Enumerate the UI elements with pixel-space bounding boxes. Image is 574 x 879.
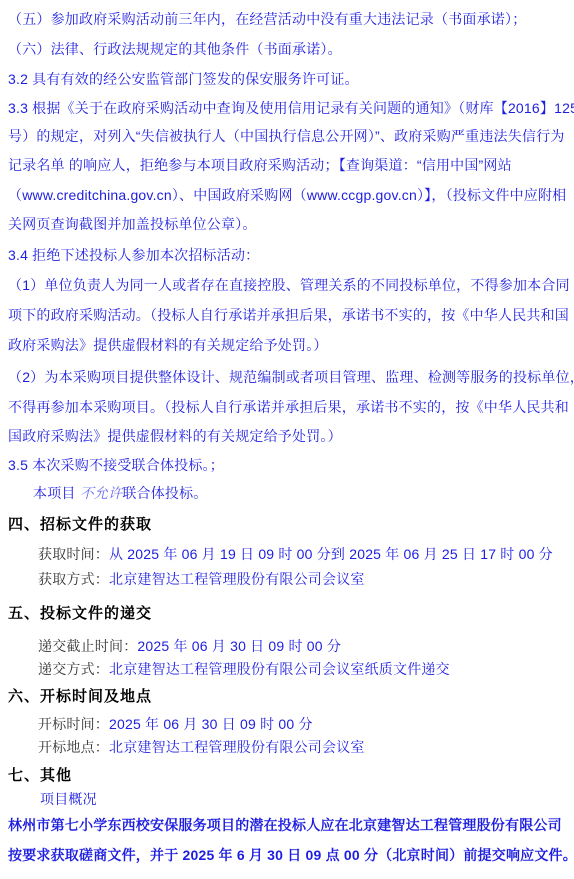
text-run: 3.2 具有有效的经公安监管部门签发的保安服务许可证。 (8, 71, 359, 87)
text-run: （六）法律、行政法规规定的其他条件（书面承诺）。 (8, 41, 342, 57)
text-run: 从 2025 年 06 月 19 日 09 时 00 分到 2025 年 06 … (109, 546, 553, 562)
submit-method-line: 递交方式：北京建智达工程管理股份有限公司会议室纸质文件递交 (38, 660, 450, 678)
text-run: （1）单位负责人为同一人或者存在直接控股、管理关系的不同投标单位，不得参加本合同 (8, 277, 570, 293)
clause-3-5-note: 本项目 不允许联合体投标。 (33, 484, 208, 502)
submit-deadline-line: 递交截止时间：2025 年 06 月 30 日 09 时 00 分 (38, 637, 341, 655)
obtain-method-line: 获取方式：北京建智达工程管理股份有限公司会议室 (38, 570, 365, 588)
text-run: 联合体投标。 (122, 485, 207, 501)
text-run: 项目概况 (40, 791, 97, 807)
clause-3-4-item-2-line-1: （2）为本采购项目提供整体设计、规范编制或者项目管理、监理、检测等服务的投标单位… (8, 368, 574, 386)
text-run: 政府采购法》提供虚假材料的有关规定给予处罚。） (8, 337, 328, 353)
text-run: 七、其他 (8, 767, 72, 784)
text-run: 北京建智达工程管理股份有限公司会议室纸质文件递交 (109, 661, 450, 677)
text-run: （五）参加政府采购活动前三年内，在经营活动中没有重大违法记录（书面承诺）； (8, 11, 526, 27)
text-run: 不得再参加本采购项目。（投标人自行承诺并承担后果，承诺书不实的，按《中华人民共和 (8, 399, 569, 415)
text-run: 五、投标文件的递交 (8, 605, 152, 622)
clause-3-3-line-3: 记录名单 的响应人，拒绝参与本项目政府采购活动；【查询渠道：“信用中国”网站 (8, 156, 512, 174)
text-run: 2025 年 06 月 30 日 09 时 00 分 (109, 716, 313, 732)
text-run: 北京建智达工程管理股份有限公司会议室 (109, 739, 365, 755)
field-label: 开标地点： (38, 739, 109, 755)
clause-3-3-line-5: 关网页查询截图并加盖投标单位公章）。 (8, 215, 257, 233)
clause-3-4: 3.4 拒绝下述投标人参加本次招标活动： (8, 246, 259, 264)
text-run: 北京建智达工程管理股份有限公司会议室 (109, 571, 365, 587)
text-run: 国政府采购法》提供虚假材料的有关规定给予处罚。） (8, 428, 342, 444)
project-overview-line-2: 按要求获取磋商文件，并于 2025 年 6 月 30 日 09 点 00 分（北… (8, 846, 574, 864)
text-run: 3.5 本次采购不接受联合体投标。； (8, 457, 224, 473)
clause-3-4-item-1-line-1: （1）单位负责人为同一人或者存在直接控股、管理关系的不同投标单位，不得参加本合同 (8, 276, 570, 294)
text-run: 项下的政府采购活动。（投标人自行承诺并承担后果，承诺书不实的，按《中华人民共和国 (8, 307, 569, 323)
project-overview-label: 项目概况 (40, 790, 97, 808)
text-run: 3.3 根据《关于在政府采购活动中查询及使用信用记录有关问题的通知》（财库【20… (8, 100, 574, 116)
clause-6-line: （六）法律、行政法规规定的其他条件（书面承诺）。 (8, 40, 342, 58)
text-run: （www.creditchina.gov.cn）、中国政府采购网（www.ccg… (8, 187, 566, 203)
field-label: 递交方式： (38, 661, 109, 677)
open-time-line: 开标时间：2025 年 06 月 30 日 09 时 00 分 (38, 715, 313, 733)
text-run: 本项目 (33, 485, 80, 501)
section-heading-7: 七、其他 (8, 766, 72, 786)
section-heading-4: 四、招标文件的获取 (8, 515, 152, 535)
document-page: （五）参加政府采购活动前三年内，在经营活动中没有重大违法记录（书面承诺）；（六）… (0, 0, 574, 879)
text-run: 3.4 拒绝下述投标人参加本次招标活动： (8, 247, 259, 263)
clause-5-line: （五）参加政府采购活动前三年内，在经营活动中没有重大违法记录（书面承诺）； (8, 10, 526, 28)
clause-3-4-item-1-line-2: 项下的政府采购活动。（投标人自行承诺并承担后果，承诺书不实的，按《中华人民共和国 (8, 306, 569, 324)
text-run: 2025 年 06 月 30 日 09 时 00 分 (137, 638, 341, 654)
open-place-line: 开标地点：北京建智达工程管理股份有限公司会议室 (38, 738, 365, 756)
field-label: 递交截止时间： (38, 638, 137, 654)
clause-3-3-line-1: 3.3 根据《关于在政府采购活动中查询及使用信用记录有关问题的通知》（财库【20… (8, 99, 574, 117)
clause-3-4-item-1-line-3: 政府采购法》提供虚假材料的有关规定给予处罚。） (8, 336, 328, 354)
text-run: 按要求获取磋商文件，并于 2025 年 6 月 30 日 09 点 00 分（北… (8, 847, 574, 863)
clause-3-2: 3.2 具有有效的经公安监管部门签发的保安服务许可证。 (8, 70, 359, 88)
clause-3-3-line-2: 号）的规定，对列入“失信被执行人（中国执行信息公开网）”、政府采购严重违法失信行… (8, 127, 565, 145)
section-heading-5: 五、投标文件的递交 (8, 604, 152, 624)
text-run: 记录名单 的响应人，拒绝参与本项目政府采购活动；【查询渠道：“信用中国”网站 (8, 157, 512, 173)
text-run: 不允许 (80, 485, 123, 501)
field-label: 开标时间： (38, 716, 109, 732)
text-run: 号）的规定，对列入“失信被执行人（中国执行信息公开网）”、政府采购严重违法失信行… (8, 128, 565, 144)
clause-3-3-line-4: （www.creditchina.gov.cn）、中国政府采购网（www.ccg… (8, 186, 566, 204)
text-run: 关网页查询截图并加盖投标单位公章）。 (8, 216, 257, 232)
project-overview-line-1: 林州市第七小学东西校安保服务项目的潜在投标人应在北京建智达工程管理股份有限公司 (8, 816, 562, 834)
section-heading-6: 六、开标时间及地点 (8, 687, 152, 707)
text-run: （2）为本采购项目提供整体设计、规范编制或者项目管理、监理、检测等服务的投标单位… (8, 369, 574, 385)
field-label: 获取时间： (38, 546, 109, 562)
clause-3-5: 3.5 本次采购不接受联合体投标。； (8, 456, 224, 474)
field-label: 获取方式： (38, 571, 109, 587)
text-run: 四、招标文件的获取 (8, 516, 152, 533)
text-run: 林州市第七小学东西校安保服务项目的潜在投标人应在北京建智达工程管理股份有限公司 (8, 817, 562, 833)
text-run: 六、开标时间及地点 (8, 688, 152, 705)
obtain-time-line: 获取时间：从 2025 年 06 月 19 日 09 时 00 分到 2025 … (38, 545, 553, 563)
clause-3-4-item-2-line-3: 国政府采购法》提供虚假材料的有关规定给予处罚。） (8, 427, 342, 445)
clause-3-4-item-2-line-2: 不得再参加本采购项目。（投标人自行承诺并承担后果，承诺书不实的，按《中华人民共和 (8, 398, 569, 416)
